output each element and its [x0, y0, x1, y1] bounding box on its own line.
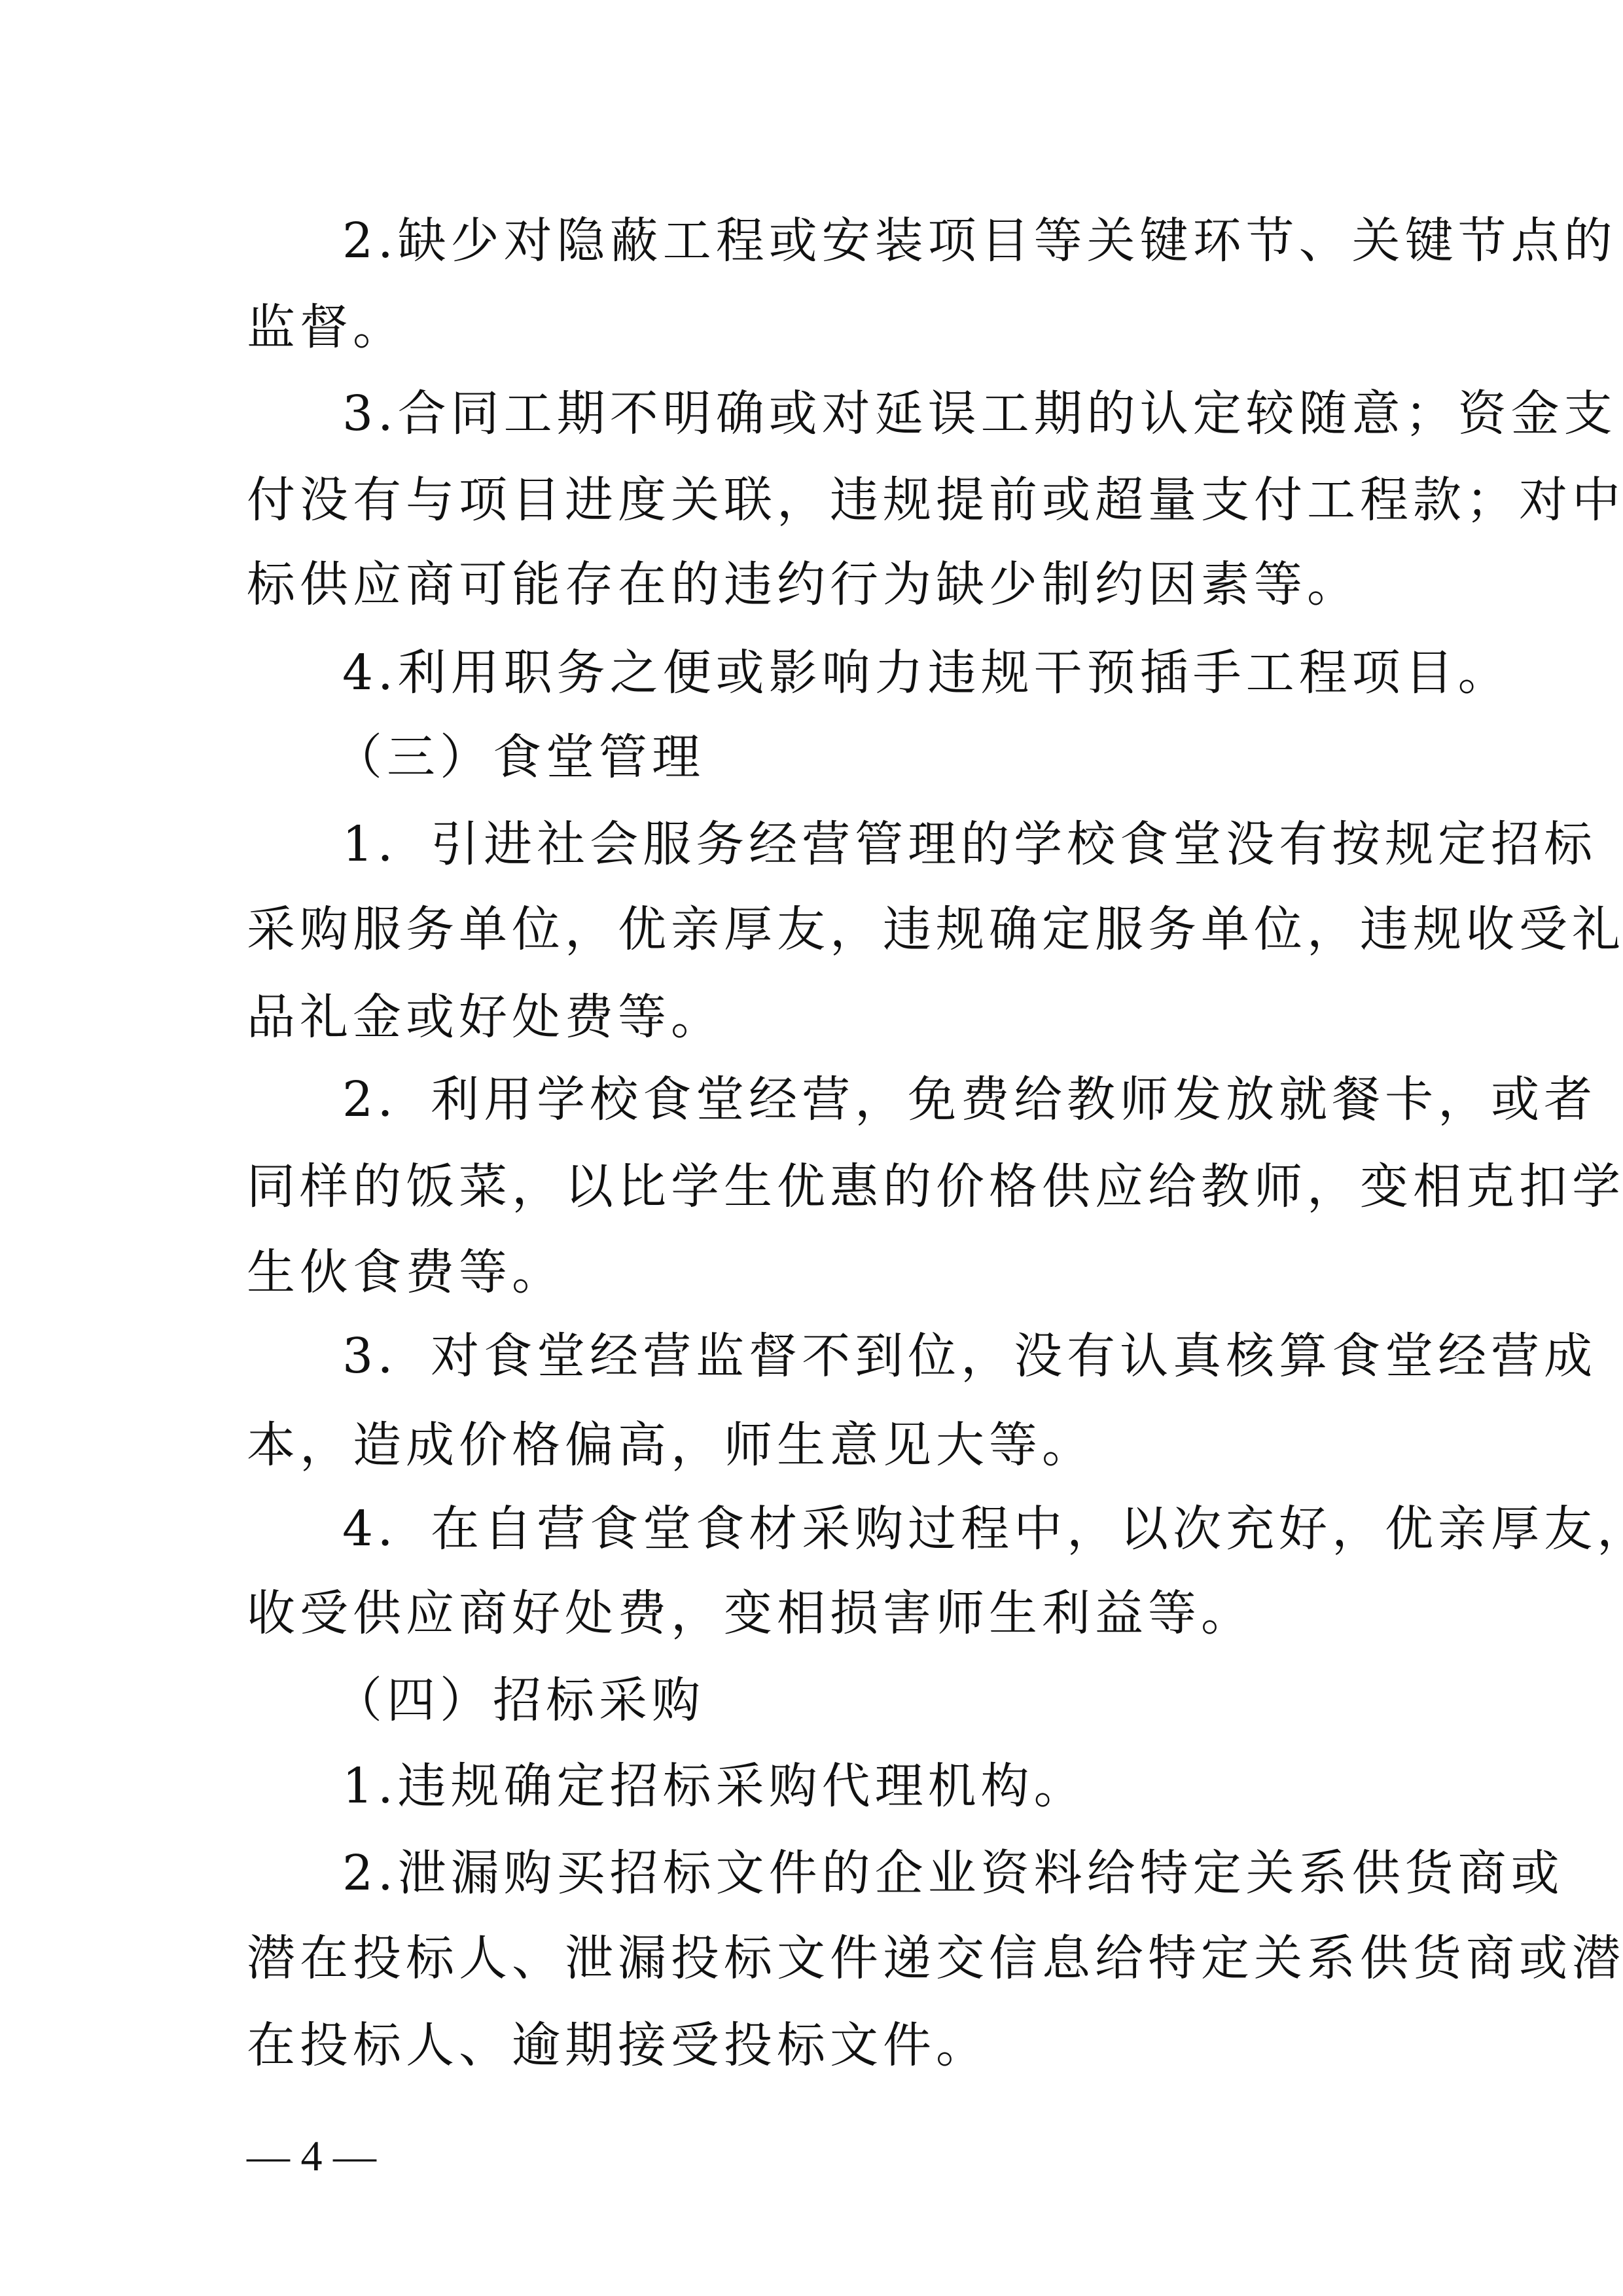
- paragraph-line: 1．引进社会服务经营管理的学校食堂没有按规定招标: [342, 812, 1385, 877]
- paragraph-line: 生伙食费等。: [247, 1240, 1385, 1305]
- paragraph-line: 2.泄漏购买招标文件的企业资料给特定关系供货商或: [342, 1840, 1385, 1906]
- section-heading-canteen: （三）食堂管理: [334, 725, 1472, 790]
- paragraph-line: 品礼金或好处费等。: [247, 984, 1385, 1050]
- paragraph-line: 2.缺少对隐蔽工程或安装项目等关键环节、关键节点的: [342, 208, 1385, 274]
- paragraph-line: 在投标人、逾期接受投标文件。: [247, 2013, 1385, 2078]
- paragraph-line: 监督。: [247, 295, 1385, 360]
- paragraph-line: 本，造成价格偏高，师生意见大等。: [247, 1412, 1385, 1478]
- paragraph-line: 同样的饭菜，以比学生优惠的价格供应给教师，变相克扣学: [247, 1154, 1385, 1219]
- section-heading-procurement: （四）招标采购: [334, 1668, 1472, 1733]
- paragraph-line: 4．在自营食堂食材采购过程中，以次充好，优亲厚友，: [342, 1496, 1385, 1562]
- paragraph-line: 潜在投标人、泄漏投标文件递交信息给特定关系供货商或潜: [247, 1926, 1385, 1991]
- paragraph-line: 2．利用学校食堂经营，免费给教师发放就餐卡，或者: [342, 1067, 1385, 1132]
- paragraph-line: 3.合同工期不明确或对延误工期的认定较随意；资金支: [342, 381, 1385, 446]
- page-number: — 4 —: [247, 2127, 376, 2186]
- paragraph-line: 3．对食堂经营监督不到位，没有认真核算食堂经营成: [342, 1323, 1385, 1389]
- paragraph-line: 付没有与项目进度关联，违规提前或超量支付工程款；对中: [247, 467, 1385, 533]
- paragraph-line: 4.利用职务之便或影响力违规干预插手工程项目。: [342, 640, 1385, 706]
- paragraph-line: 收受供应商好处费，变相损害师生利益等。: [247, 1581, 1385, 1646]
- paragraph-line: 1.违规确定招标采购代理机构。: [342, 1753, 1385, 1819]
- paragraph-line: 采购服务单位，优亲厚友，违规确定服务单位，违规收受礼: [247, 897, 1385, 962]
- document-page: 2.缺少对隐蔽工程或安装项目等关键环节、关键节点的 监督。 3.合同工期不明确或…: [0, 0, 1623, 2296]
- paragraph-line: 标供应商可能存在的违约行为缺少制约因素等。: [247, 552, 1385, 617]
